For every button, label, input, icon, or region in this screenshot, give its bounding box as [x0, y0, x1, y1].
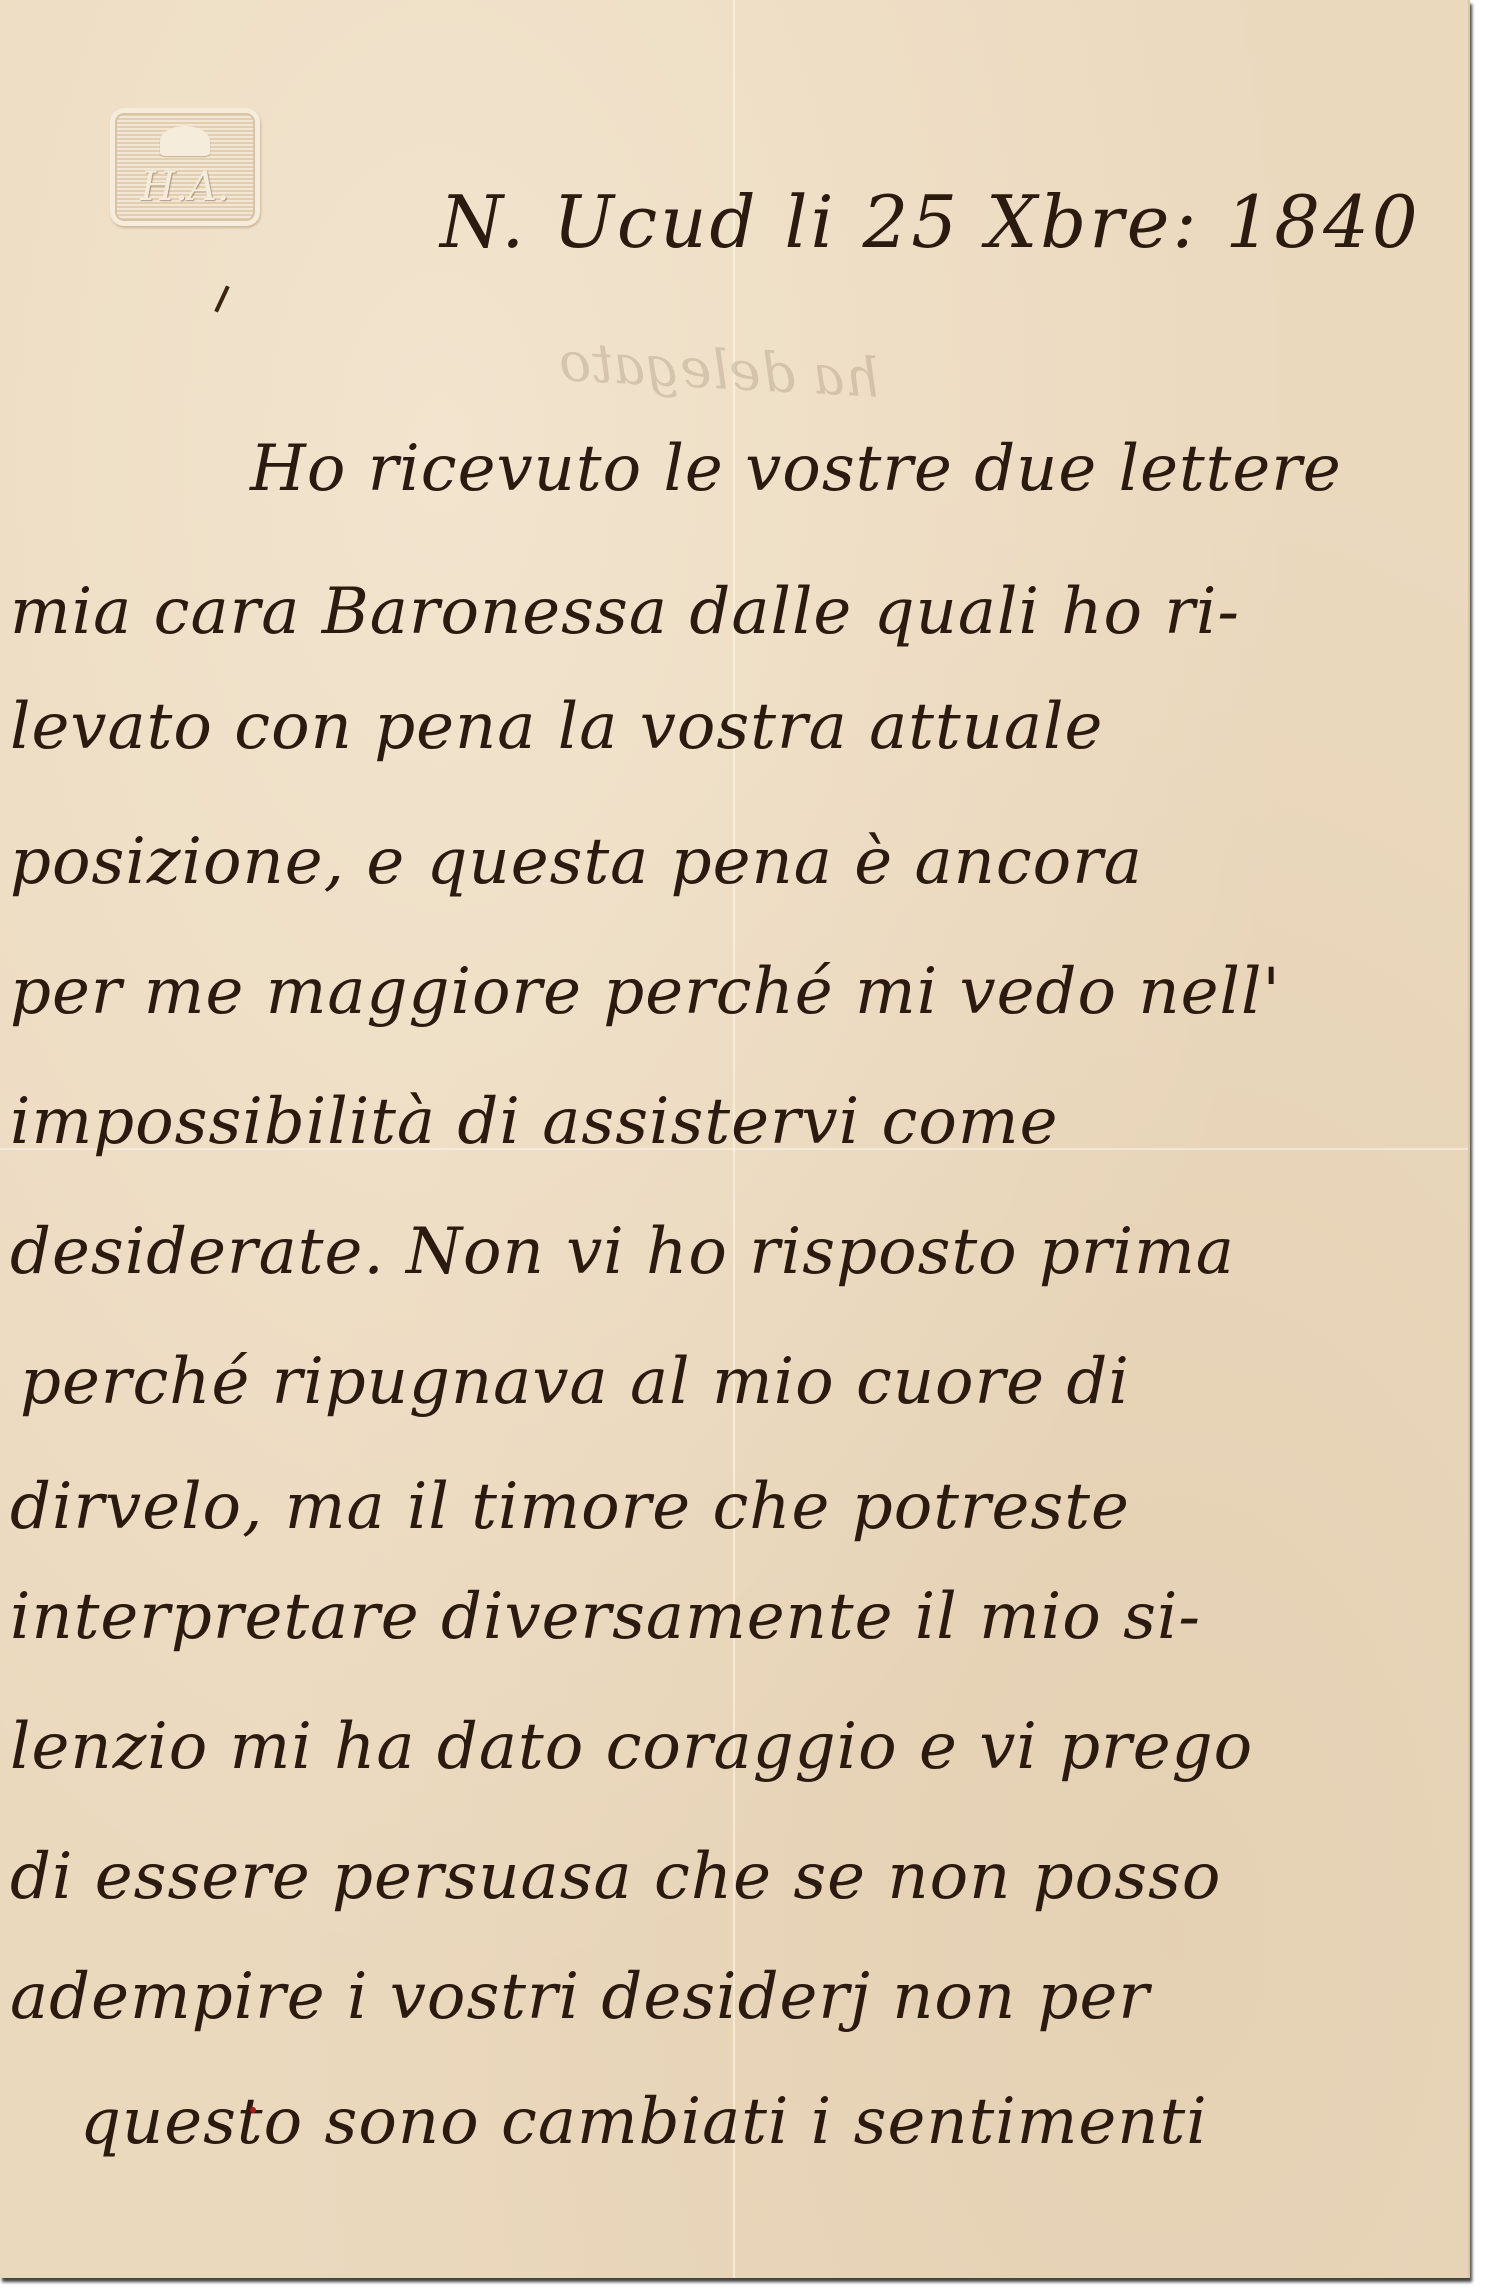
letter-line-10: interpretare diversamente il mio si-: [10, 1580, 1201, 1654]
letter-line-3: levato con pena la vostra attuale: [10, 690, 1103, 764]
letter-line-1: Ho ricevuto le vostre due lettere: [250, 432, 1342, 506]
letter-dateline: N. Ucud li 25 Xbre: 1840: [440, 180, 1421, 264]
embossed-crest-icon: H.A.: [110, 108, 260, 226]
letter-line-6: impossibilità di assistervi come: [10, 1085, 1058, 1159]
letter-line-12: di essere persuasa che se non posso: [10, 1840, 1221, 1914]
letter-page: H.A. ha delegato N. Ucud li 25 Xbre: 184…: [0, 0, 1470, 2278]
red-ink-speck: [250, 2107, 256, 2113]
letter-line-7: desiderate. Non vi ho risposto prima: [10, 1215, 1235, 1289]
letter-line-9: dirvelo, ma il timore che potreste: [10, 1470, 1130, 1544]
bleed-through-text: ha delegato: [239, 313, 881, 409]
letter-line-2: mia cara Baronessa dalle quali ho ri-: [10, 575, 1240, 649]
letter-line-5: per me maggiore perché mi vedo nell': [10, 955, 1281, 1029]
letter-line-14: questo sono cambiati i sentimenti: [80, 2085, 1208, 2159]
crest-monogram: H.A.: [110, 164, 260, 210]
letter-line-11: lenzio mi ha dato coraggio e vi prego: [10, 1710, 1253, 1784]
letter-line-13: adempire i vostri desiderj non per: [10, 1960, 1150, 2034]
letter-line-8: perché ripugnava al mio cuore di: [20, 1345, 1130, 1419]
ink-stroke-mark: [214, 285, 229, 312]
letter-line-4: posizione, e questa pena è ancora: [10, 825, 1143, 899]
crown-icon: [160, 126, 210, 156]
